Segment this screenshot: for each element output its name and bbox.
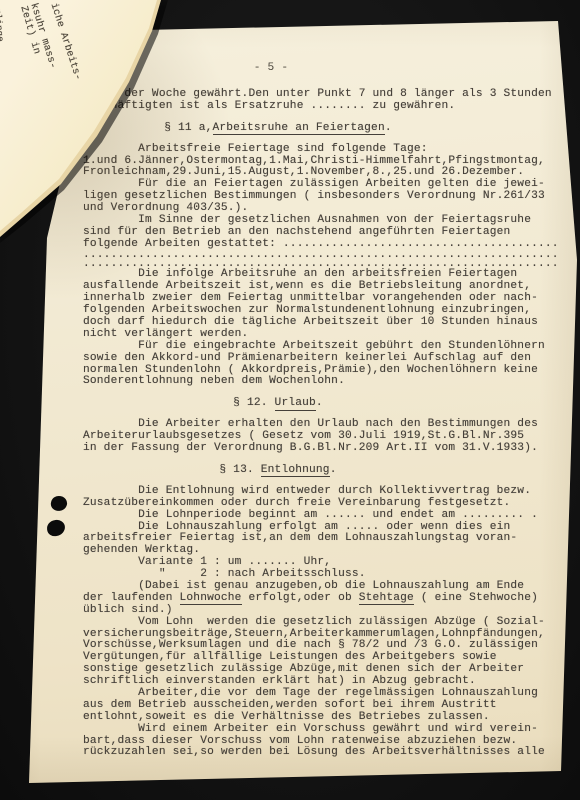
text-segment: aus dem Betrieb ausscheiden,werden sofor… <box>83 699 497 711</box>
scanned-page-photo: - 5 - Tagen der Woche gewährt.Den unter … <box>0 0 580 800</box>
text-segment: erfolgt,oder ob <box>242 592 359 604</box>
text-segment: Arbeiter,die vor dem Tage der regelmässi… <box>83 687 538 699</box>
text-segment: bart,dass dieser Vorschuss vom Lohn rate… <box>83 735 517 747</box>
text-segment: " 2 : nach Arbeitsschluss. <box>83 568 366 580</box>
text-segment: Die Lohnauszahlung erfolgt am ..... oder… <box>83 521 510 533</box>
text-segment: Arbeiterurlaubsgesetzes ( Gesetz vom 30.… <box>83 430 524 442</box>
text-segment: und Verordnung 403/35.). <box>83 202 248 214</box>
text-segment: Für die eingebrachte Arbeitszeit gebührt… <box>83 340 545 352</box>
text-segment: folgenden Arbeitswochen zur Normalstunde… <box>83 304 531 316</box>
text-line <box>83 455 561 463</box>
text-segment: ligen gesetzlichen Bestimmungen ( insbes… <box>83 190 545 202</box>
text-line <box>83 113 561 121</box>
text-segment: Sonderentlohnung neben dem Wochenlohn. <box>83 375 345 387</box>
text-segment: § 13. <box>219 464 260 476</box>
text-segment: üblich sind.) <box>83 604 173 616</box>
text-segment: § 12. <box>233 397 274 409</box>
text-segment: Beschäftigten ist als Ersatzruhe .......… <box>83 100 455 112</box>
text-segment: Vergütungen,für allfällige Leistungen de… <box>83 651 497 663</box>
text-segment: Für die an Feiertagen zulässigen Arbeite… <box>83 178 545 190</box>
text-segment: Im Sinne der gesetzlichen Ausnahmen von … <box>83 214 531 226</box>
text-segment: Fronleichnam,29.Juni,15.August,1.Novembe… <box>83 166 524 178</box>
text-segment: rückzuzahlen sei,so werden bei Lösung de… <box>83 746 545 758</box>
text-segment: Tagen der Woche gewährt.Den unter Punkt … <box>83 88 552 100</box>
text-segment: . <box>330 464 337 476</box>
page-number: - 5 - <box>83 62 547 74</box>
text-segment: Arbeitsfreie Feiertage sind folgende Tag… <box>83 143 428 155</box>
text-line <box>83 388 561 396</box>
text-segment: gehenden Werktag. <box>83 544 200 556</box>
folded-corner-text: rlinge. <box>0 8 5 48</box>
text-segment: normalen Stundenlohn ( Akkordpreis,Prämi… <box>83 364 538 376</box>
text-segment: schriftlich einverstanden erklärt hat) i… <box>83 675 476 687</box>
underlined-text: Urlaub <box>275 397 316 411</box>
document-lines: Tagen der Woche gewährt.Den unter Punkt … <box>83 89 561 759</box>
text-segment: § 11 a, <box>164 122 212 134</box>
text-line: rückzuzahlen sei,so werden bei Lösung de… <box>83 747 561 759</box>
text-segment: . <box>385 122 392 134</box>
text-segment: versicherungsbeiträge,Steuern,Arbeiterka… <box>83 628 545 640</box>
text-line: Sonderentlohnung neben dem Wochenlohn. <box>83 376 561 388</box>
text-segment: sind für den Betrieb an den nachstehend … <box>83 226 510 238</box>
text-segment: Die infolge Arbeitsruhe an den arbeitsfr… <box>83 268 517 280</box>
text-segment: (Dabei ist genau anzugeben,ob die Lohnau… <box>83 580 524 592</box>
text-segment: Die Arbeiter erhalten den Urlaub nach de… <box>83 418 538 430</box>
underlined-text: Lohnwoche <box>180 592 242 606</box>
text-segment: sonstige gesetzlich zulässige Abzüge,mit… <box>83 663 524 675</box>
text-segment: innerhalb zweier dem Feiertag unmittelba… <box>83 292 538 304</box>
text-segment: Zusatzübereinkommen oder durch freie Ver… <box>83 497 510 509</box>
text-segment: Vom Lohn werden die gesetzlich zulässige… <box>83 616 545 628</box>
text-segment: 1.und 6.Jänner,Ostermontag,1.Mai,Christi… <box>83 155 545 167</box>
text-segment: Wird einem Arbeiter ein Vorschuss gewähr… <box>83 723 538 735</box>
text-segment: der laufenden <box>83 592 180 604</box>
text-line: Beschäftigten ist als Ersatzruhe .......… <box>83 101 561 113</box>
text-segment: nicht verlängert werden. <box>83 328 248 340</box>
underlined-text: Stehtage <box>359 592 414 606</box>
text-segment: doch darf hiedurch die tägliche Arbeitsz… <box>83 316 538 328</box>
text-segment: in der Fassung der Verordnung B.G.Bl.Nr.… <box>83 442 538 454</box>
section-heading: § 12. Urlaub. <box>83 398 561 410</box>
text-segment: entlohnt,soweit es die Verhältnisse des … <box>83 711 490 723</box>
text-segment: ausfallende Arbeitszeit ist,wenn es die … <box>83 280 531 292</box>
underlined-text: Arbeitsruhe an Feiertagen <box>213 122 385 136</box>
folded-corner-text: iche Arbeits- <box>48 2 83 82</box>
text-segment: Vorschüsse,Werksumlagen und die nach § 7… <box>83 639 538 651</box>
text-segment: sowie den Akkord-und Prämienarbeitern ke… <box>83 352 531 364</box>
underlined-text: Entlohnung <box>261 464 330 478</box>
section-heading: § 13. Entlohnung. <box>83 465 561 477</box>
text-segment: ( eine Stehwoche) <box>414 592 538 604</box>
text-segment: arbeitsfreier Feiertag ist,an dem dem Lo… <box>83 532 517 544</box>
text-line: in der Fassung der Verordnung B.G.Bl.Nr.… <box>83 443 561 455</box>
text-segment: . <box>316 397 323 409</box>
text-segment: Variante 1 : um ....... Uhr, <box>83 556 331 568</box>
text-segment: Die Lohnperiode beginnt am ...... und en… <box>83 509 538 521</box>
text-segment: Die Entlohnung wird entweder durch Kolle… <box>83 485 531 497</box>
section-heading: § 11 a,Arbeitsruhe an Feiertagen. <box>83 123 561 135</box>
